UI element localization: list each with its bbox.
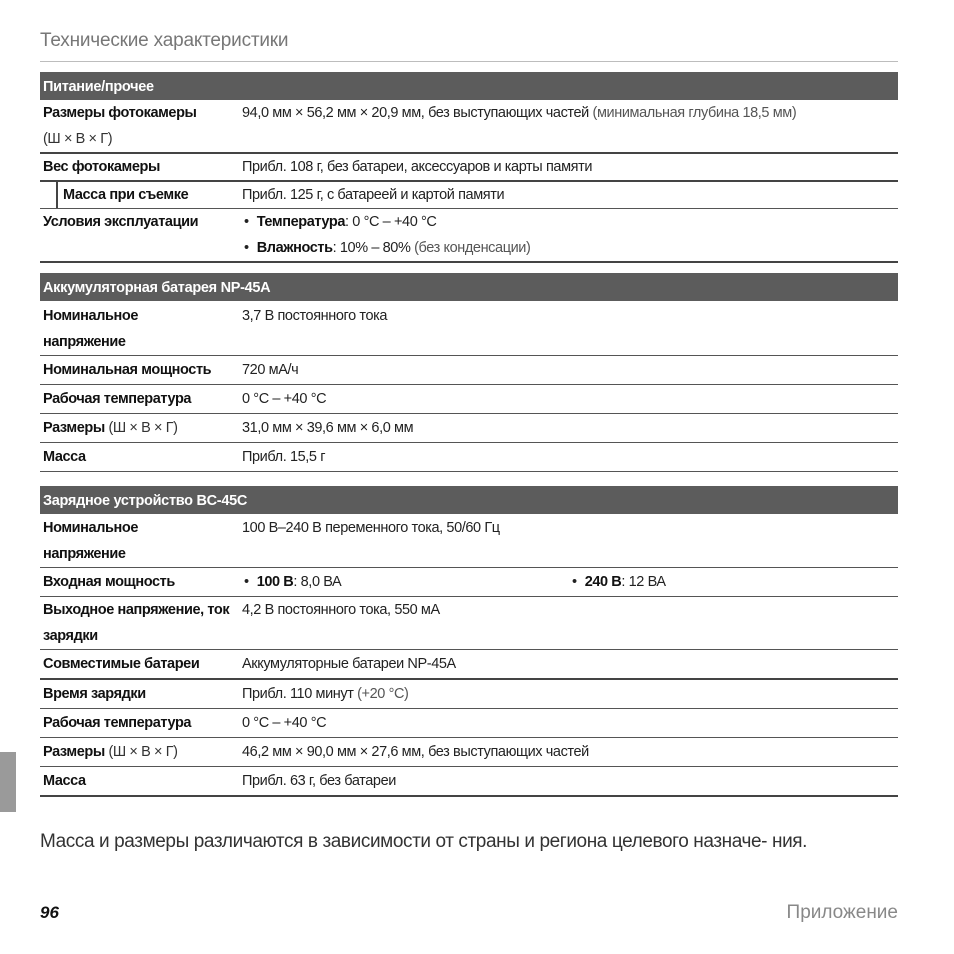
bullet-item: 240 В: 12 ВА — [570, 568, 898, 596]
table-row: Выходное напряжение, ток зарядки 4,2 В п… — [40, 597, 898, 650]
page-header-title: Технические характеристики — [40, 30, 898, 62]
table-row: Номинальное напряжение 3,7 В постоянного… — [40, 301, 898, 356]
row-label: Номинальное напряжение — [40, 515, 180, 567]
row-value: 4,2 В постоянного тока, 550 мА — [242, 597, 898, 649]
row-value: 3,7 В постоянного тока — [242, 303, 898, 355]
row-value: 94,0 мм × 56,2 мм × 20,9 мм, без выступа… — [242, 105, 589, 121]
row-value: 0 °C – +40 °C — [242, 709, 898, 737]
bullet-item: 100 В: 8,0 ВА — [242, 568, 570, 596]
table-row: Входная мощность 100 В: 8,0 ВА 240 В: 12… — [40, 568, 898, 597]
table-row-sub: Масса при съемке Прибл. 125 г, с батарее… — [40, 182, 898, 209]
row-label: Размеры — [43, 420, 105, 436]
table-row: Совместимые батареи Аккумуляторные батар… — [40, 650, 898, 680]
row-value: 0 °C – +40 °C — [242, 385, 898, 413]
row-label: Номинальное напряжение — [40, 303, 180, 355]
table-row: Вес фотокамеры Прибл. 108 г, без батареи… — [40, 154, 898, 182]
row-value: 31,0 мм × 39,6 мм × 6,0 мм — [242, 414, 898, 442]
section-power-other: Питание/прочее Размеры фотокамеры (Ш × В… — [40, 72, 898, 263]
row-label: Номинальная мощность — [40, 356, 242, 384]
section-title: Питание/прочее — [40, 72, 898, 100]
table-row: Условия эксплуатации Температура: 0 °C –… — [40, 209, 898, 263]
footnote: Масса и размеры различаются в зависимост… — [40, 826, 900, 858]
row-value: Аккумуляторные батареи NP-45A — [242, 650, 898, 678]
table-row: Рабочая температура 0 °C – +40 °C — [40, 709, 898, 738]
table-row: Размеры (Ш × В × Г) 46,2 мм × 90,0 мм × … — [40, 738, 898, 767]
row-label: Размеры — [43, 744, 105, 760]
section-side-tab — [0, 752, 16, 812]
row-label: Масса — [40, 443, 242, 471]
row-label: Масса — [40, 767, 242, 795]
table-row: Размеры фотокамеры (Ш × В × Г) 94,0 мм ×… — [40, 100, 898, 154]
row-value: Прибл. 110 минут — [242, 686, 353, 702]
row-value: 100 В–240 В переменного тока, 50/60 Гц — [242, 515, 898, 567]
row-label: Выходное напряжение, ток зарядки — [40, 597, 242, 649]
row-value: Прибл. 15,5 г — [242, 443, 898, 471]
table-row: Номинальное напряжение 100 В–240 В перем… — [40, 514, 898, 568]
table-row: Размеры (Ш × В × Г) 31,0 мм × 39,6 мм × … — [40, 414, 898, 443]
row-label-paren: (Ш × В × Г) — [43, 131, 112, 147]
table-row: Масса Прибл. 15,5 г — [40, 443, 898, 472]
page-number: 96 — [40, 903, 59, 923]
row-label: Входная мощность — [40, 568, 242, 596]
row-label: Масса при съемке — [56, 182, 242, 208]
footer-section-name: Приложение — [787, 902, 898, 924]
bullet-item: Влажность: 10% – 80% (без конденсации) — [242, 235, 898, 261]
row-value: Прибл. 108 г, без батареи, аксессуаров и… — [242, 154, 898, 180]
row-label: Размеры фотокамеры — [43, 105, 197, 121]
bullet-item: Температура: 0 °C – +40 °C — [242, 209, 898, 235]
section-charger: Зарядное устройство BC-45C Номинальное н… — [40, 486, 898, 797]
table-row: Рабочая температура 0 °C – +40 °C — [40, 385, 898, 414]
row-note: (+20 °C) — [357, 686, 408, 702]
section-title: Аккумуляторная батарея NP-45A — [40, 273, 898, 301]
row-value: 46,2 мм × 90,0 мм × 27,6 мм, без выступа… — [242, 738, 898, 766]
section-battery: Аккумуляторная батарея NP-45A Номинально… — [40, 273, 898, 472]
row-label: Вес фотокамеры — [40, 154, 242, 180]
row-label: Время зарядки — [40, 680, 242, 708]
table-row: Номинальная мощность 720 мА/ч — [40, 356, 898, 385]
row-value: Прибл. 63 г, без батареи — [242, 767, 898, 795]
section-title: Зарядное устройство BC-45C — [40, 486, 898, 514]
row-label: Условия эксплуатации — [40, 209, 242, 261]
table-row: Время зарядки Прибл. 110 минут (+20 °C) — [40, 680, 898, 709]
row-value: 720 мА/ч — [242, 356, 898, 384]
table-row: Масса Прибл. 63 г, без батареи — [40, 767, 898, 797]
row-value: Прибл. 125 г, с батареей и картой памяти — [242, 182, 898, 208]
row-label: Рабочая температура — [40, 385, 242, 413]
row-label: Совместимые батареи — [40, 650, 242, 678]
row-note: (минимальная глубина 18,5 мм) — [593, 105, 797, 121]
row-label: Рабочая температура — [40, 709, 242, 737]
